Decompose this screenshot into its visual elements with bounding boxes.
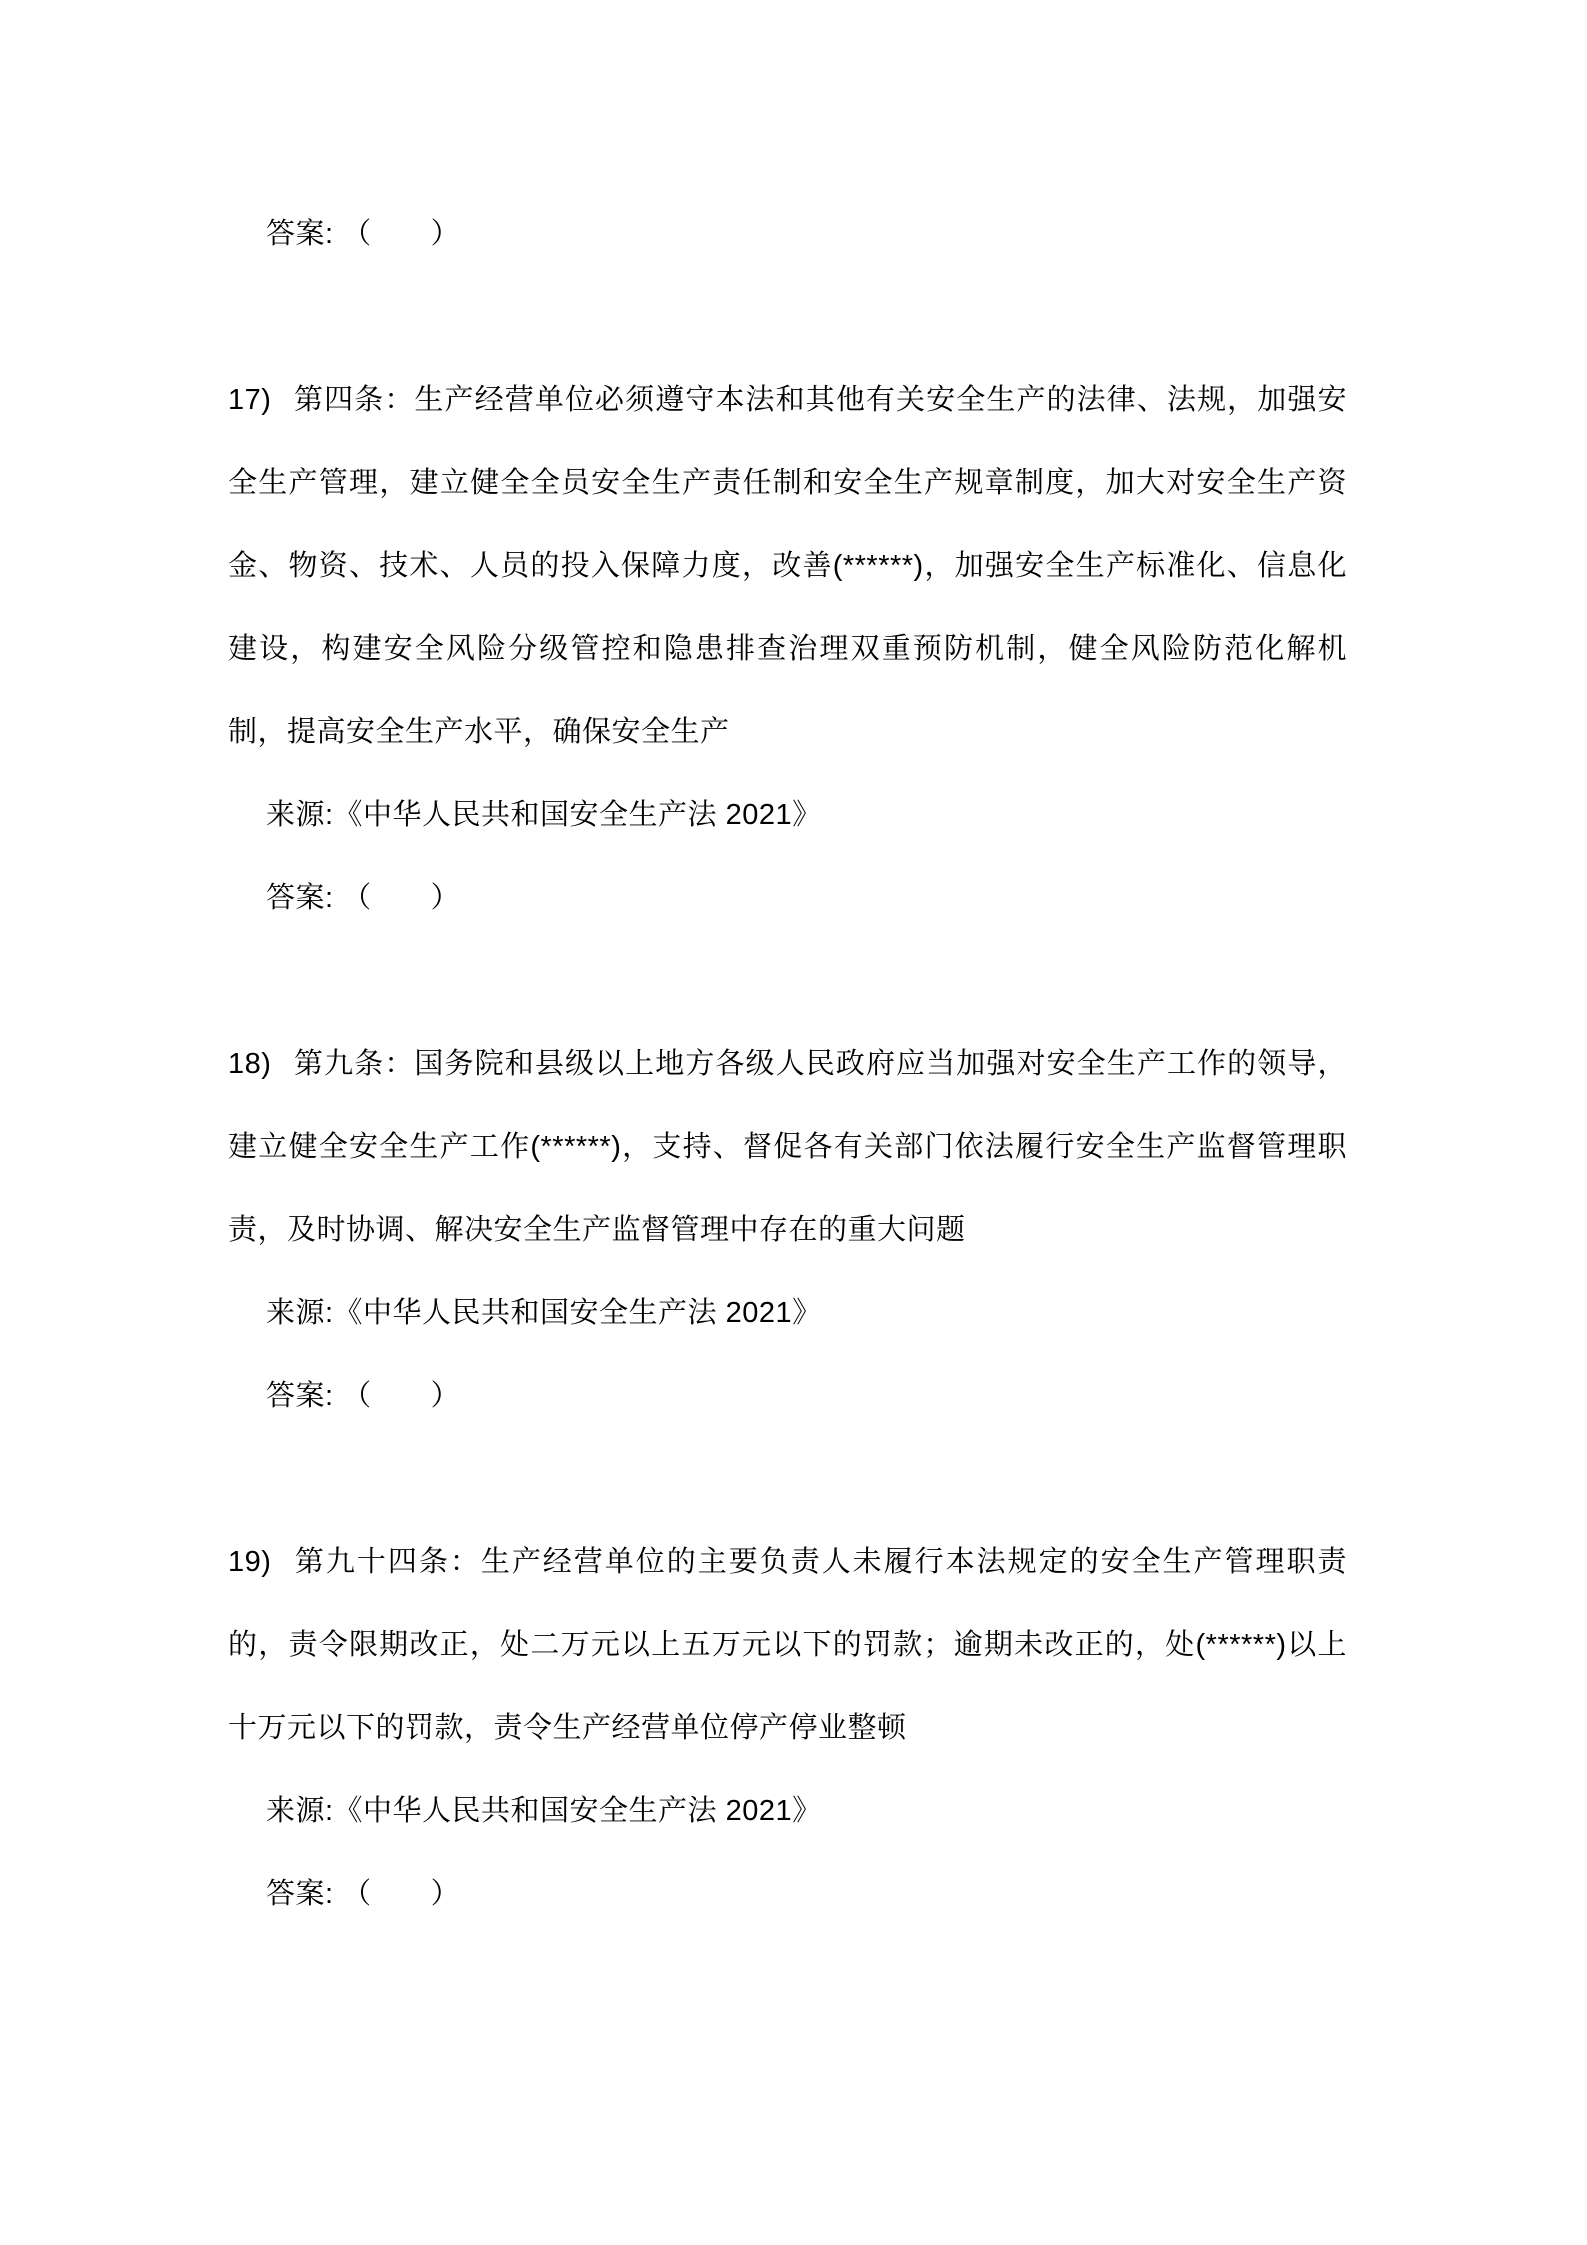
question-text: 18)第九条：国务院和县级以上地方各级人民政府应当加强对安全生产工作的领导，建立… — [228, 1023, 1347, 1272]
question-body: 第九条：国务院和县级以上地方各级人民政府应当加强对安全生产工作的领导，建立健全安… — [228, 1048, 1347, 1246]
question-block: 18)第九条：国务院和县级以上地方各级人民政府应当加强对安全生产工作的领导，建立… — [228, 1023, 1347, 1438]
questions-list: 17)第四条：生产经营单位必须遵守本法和其他有关安全生产的法律、法规，加强安全生… — [228, 359, 1347, 1936]
question-text: 17)第四条：生产经营单位必须遵守本法和其他有关安全生产的法律、法规，加强安全生… — [228, 359, 1347, 774]
source-line: 来源:《中华人民共和国安全生产法 2021》 — [228, 1770, 1347, 1853]
document-page: 答案: （ ） 17)第四条：生产经营单位必须遵守本法和其他有关安全生产的法律、… — [0, 0, 1587, 2245]
answer-line: 答案: （ ） — [228, 1853, 1347, 1936]
source-line: 来源:《中华人民共和国安全生产法 2021》 — [228, 774, 1347, 857]
question-number: 18) — [228, 1048, 271, 1080]
question-number: 17) — [228, 384, 271, 416]
answer-line: 答案: （ ） — [228, 1355, 1347, 1438]
question-body: 第四条：生产经营单位必须遵守本法和其他有关安全生产的法律、法规，加强安全生产管理… — [228, 384, 1347, 748]
question-body: 第九十四条：生产经营单位的主要负责人未履行本法规定的安全生产管理职责的，责令限期… — [228, 1546, 1347, 1744]
question-block: 17)第四条：生产经营单位必须遵守本法和其他有关安全生产的法律、法规，加强安全生… — [228, 359, 1347, 940]
document-content: 答案: （ ） 17)第四条：生产经营单位必须遵守本法和其他有关安全生产的法律、… — [0, 0, 1587, 1936]
question-text: 19)第九十四条：生产经营单位的主要负责人未履行本法规定的安全生产管理职责的，责… — [228, 1521, 1347, 1770]
answer-line: 答案: （ ） — [228, 193, 1347, 276]
source-line: 来源:《中华人民共和国安全生产法 2021》 — [228, 1272, 1347, 1355]
question-block: 19)第九十四条：生产经营单位的主要负责人未履行本法规定的安全生产管理职责的，责… — [228, 1521, 1347, 1936]
question-number: 19) — [228, 1546, 271, 1578]
answer-line: 答案: （ ） — [228, 857, 1347, 940]
